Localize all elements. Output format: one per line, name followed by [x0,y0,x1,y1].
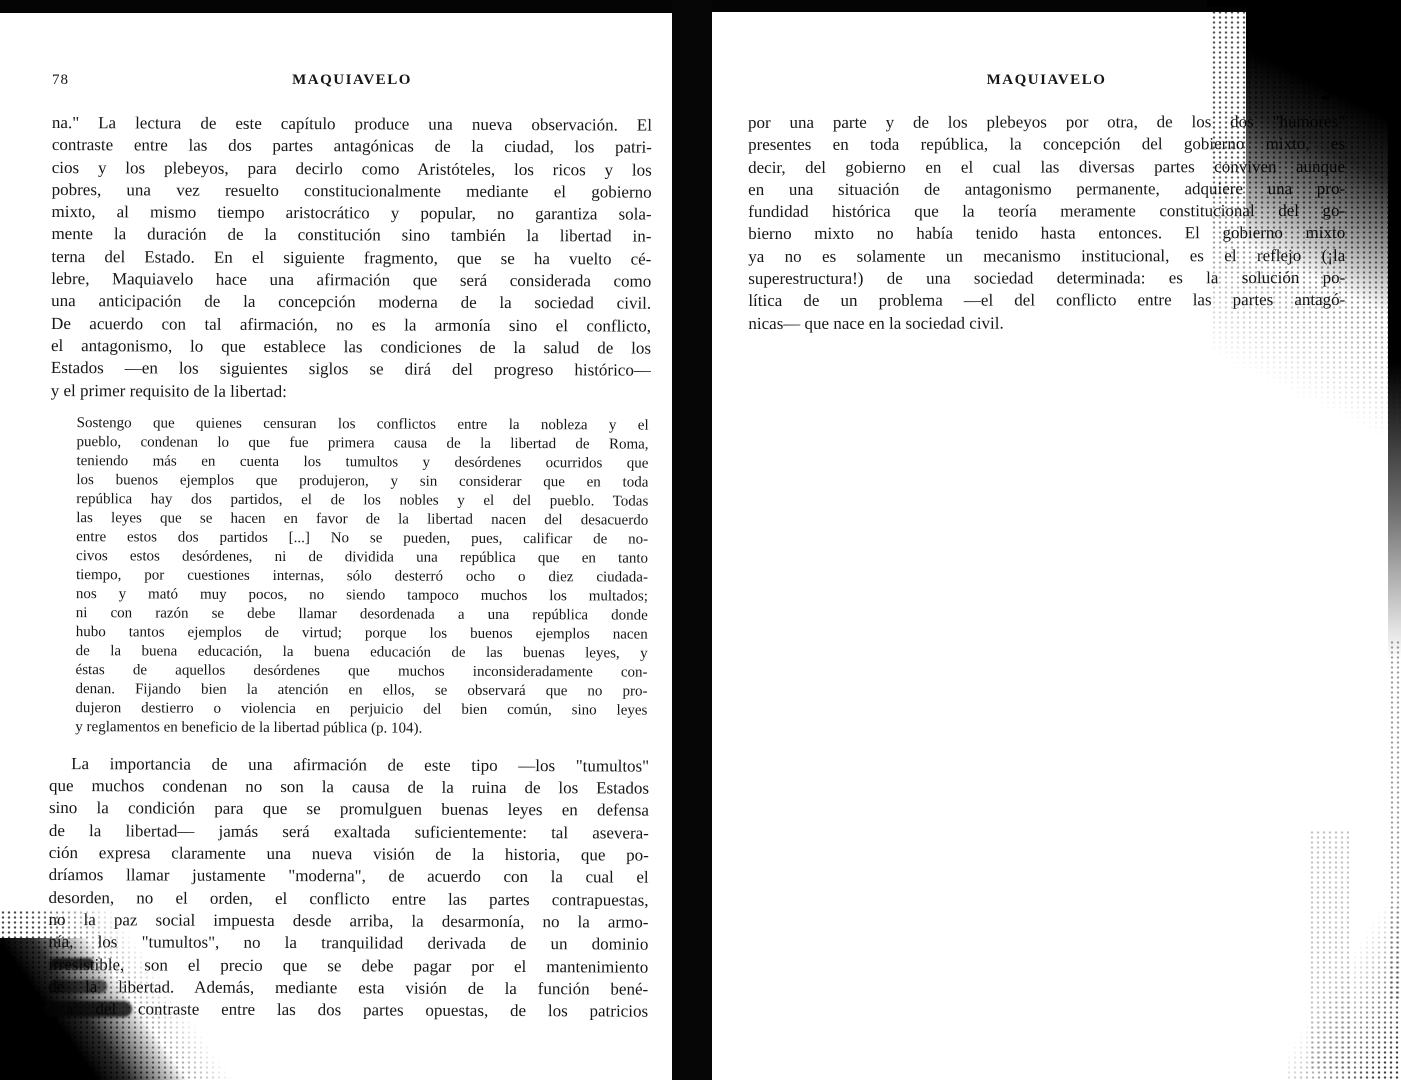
text-line: De acuerdo con tal afirmación, no es la … [51,313,651,338]
text-line: de la libertad— jamás será exaltada sufi… [49,820,649,845]
text-line: y reglamentos en beneficio de la liberta… [75,718,647,739]
scan-grain-top-right [1211,0,1401,620]
text-line: hubo tantos ejemplos de virtud; porque l… [76,623,648,644]
text-line: mixto, al mismo tiempo aristocrático y p… [52,201,652,226]
text-line: dujeron destierro o violencia en perjuic… [75,699,647,720]
text-line: na." La lectura de este capítulo produce… [52,112,652,137]
text-line: una anticipación de la concepción modern… [51,290,651,315]
text-line: ción expresa claramente una nueva visión… [49,842,649,867]
text-line: dríamos llamar justamente "moderna", de … [49,864,649,889]
text-line: contraste entre las dos partes antagónic… [52,134,652,159]
left-page-headrow: 78 MAQUIAVELO [0,72,672,96]
paragraph: na." La lectura de este capítulo produce… [51,112,652,404]
text-line: teniendo más en cuenta los tumultos y de… [76,452,648,473]
block-quote: Sostengo que quienes censuran los confli… [75,414,648,739]
text-line: sino la condición para que se promulguen… [49,797,649,822]
scan-edge-top-left [0,0,672,13]
text-line: cios y los plebeyos, para decirlo como A… [52,157,652,182]
text-line: que muchos condenan no son la causa de l… [49,775,649,800]
text-line: Sostengo que quienes censuran los confli… [77,414,649,435]
text-line: tiempo, por cuestiones internas, sólo de… [76,566,648,587]
left-page-text: na." La lectura de este capítulo produce… [48,112,652,1023]
text-line: denan. Fijando bien la atención en ellos… [75,680,647,701]
text-line: terna del Estado. En el siguiente fragme… [51,246,651,271]
text-line: y el primer requisito de la libertad: [51,380,651,405]
scan-grain-bottom-right [1286,905,1401,1080]
text-line: nos y mató muy pocos, no siendo tampoco … [76,585,648,606]
text-line: La importancia de una afirmación de este… [49,753,649,778]
left-page: 78 MAQUIAVELO na." La lectura de este ca… [0,0,672,1080]
text-line: Estados —en los siguientes siglos se dir… [51,357,651,382]
text-line: mente la duración de la constitución sin… [51,223,651,248]
left-running-header: MAQUIAVELO [52,72,652,89]
text-line: civos estos desórdenes, ni de dividida u… [76,547,648,568]
text-line: entre estos dos partidos [...] No se pue… [76,528,648,549]
page-gutter [672,0,712,1080]
scan-grain-bottom-left [0,910,260,1080]
scan-edge-right [1388,0,1401,660]
text-line: el antagonismo, lo que establece las con… [51,335,651,360]
text-line: éstas de aquellos desórdenes que muchos … [76,661,648,682]
scanned-book-spread: 78 MAQUIAVELO na." La lectura de este ca… [0,0,1401,1080]
text-line: de la buena educación, la buena educació… [76,642,648,663]
text-line: los buenos ejemplos que produjeron, y si… [76,471,648,492]
right-page: MAQUIAVELO por una parte y de los plebey… [712,0,1401,1080]
text-line: pobres, una vez resuelto constitucionalm… [52,179,652,204]
text-line: lebre, Maquiavelo hace una afirmación qu… [51,268,651,293]
text-line: ni con razón se debe llamar desordenada … [76,604,648,625]
text-line: república hay dos partidos, el de los no… [76,490,648,511]
text-line: desorden, no el orden, el conflicto entr… [49,887,649,912]
text-line: las leyes que se hacen en favor de la li… [76,509,648,530]
text-line: pueblo, condenan lo que fue primera caus… [77,433,649,454]
